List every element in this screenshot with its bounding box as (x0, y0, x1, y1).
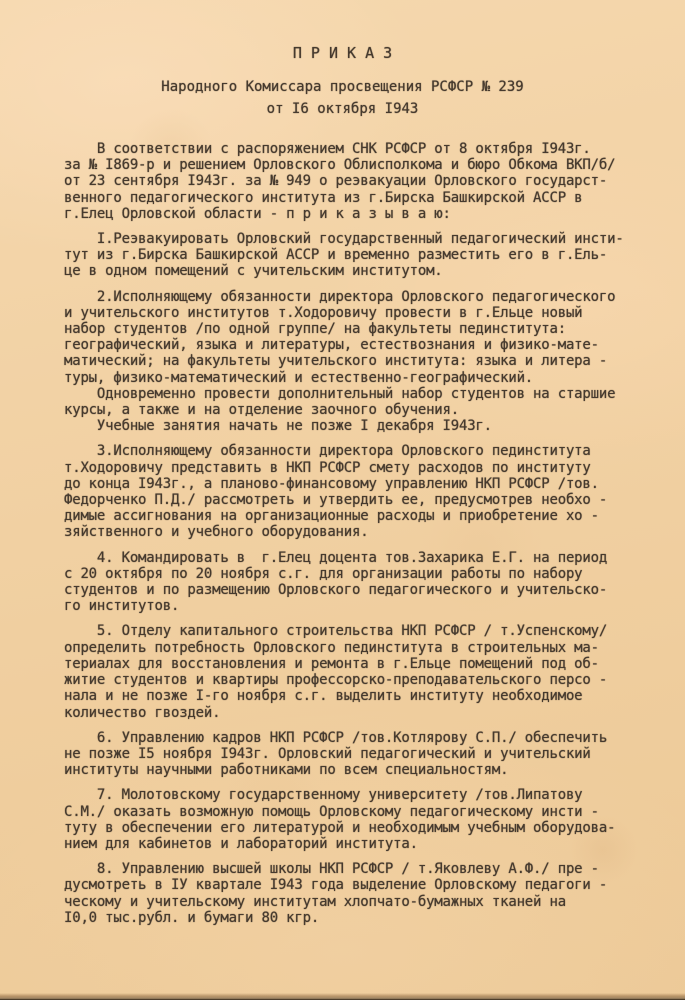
text-line: курсы, а также и на отделение заочного о… (64, 402, 664, 418)
text-line: 7. Молотовскому государственному универс… (64, 787, 664, 803)
text-line: матический; на факультеты учительского и… (64, 353, 664, 369)
text-line: г.Елец Орловской области - п р и к а з ы… (64, 206, 664, 222)
text-line: определить потребность Орловского пединс… (64, 640, 664, 656)
paragraph: 8. Управлению высшей школы НКП РСФСР / т… (64, 861, 664, 926)
text-line: I0,0 тыс.рубл. и бумаги 80 кгр. (64, 910, 664, 926)
text-line: го институтов. (64, 598, 664, 614)
text-line: димые ассигнования на организационные ра… (64, 508, 664, 524)
text-line: т.Ходоровичу представить в НКП РСФСР сме… (64, 460, 664, 476)
text-line: 6. Управлению кадров НКП РСФСР /тов.Котл… (64, 730, 664, 746)
document-date-line: от I6 октября I943 (0, 98, 685, 120)
text-line: 3.Исполняющему обязанности директора Орл… (64, 443, 664, 459)
text-line: венного педагогического института из г.Б… (64, 190, 664, 206)
text-line: це в одном помещений с учительским инсти… (64, 263, 664, 279)
text-line: с 20 октября по 20 ноября с.г. для орган… (64, 566, 664, 582)
text-line: и учительского институтов т.Ходоровичу п… (64, 305, 664, 321)
paragraph: 4. Командировать в г.Елец доцента тов.За… (64, 550, 664, 615)
paragraph: 7. Молотовскому государственному универс… (64, 787, 664, 852)
paragraph: В соответствии с распоряжением СНК РСФСР… (64, 141, 664, 222)
text-line: от 23 сентября I943г. за № 949 о реэваку… (64, 173, 664, 189)
document-order-line: Народного Комиссара просвещения РСФСР № … (0, 76, 685, 98)
text-line: Одновременно провести дополнительный наб… (64, 386, 664, 402)
text-line: I.Реэвакуировать Орловский государственн… (64, 231, 664, 247)
paragraph: 5. Отделу капитального строительства НКП… (64, 623, 664, 720)
text-line: нала и не позже I-го ноября с.г. выделит… (64, 688, 664, 704)
text-line: за № I869-р и решением Орловского Облисп… (64, 157, 664, 173)
text-line: до конца I943г., а планово-финансовому у… (64, 476, 664, 492)
text-line: Федорченко П.Д./ рассмотреть и утвердить… (64, 492, 664, 508)
text-line: 2.Исполняющему обязанности директора Орл… (64, 289, 664, 305)
text-line: студентов и по размещению Орловского пед… (64, 582, 664, 598)
document-body: В соответствии с распоряжением СНК РСФСР… (64, 141, 664, 935)
text-line: житие студентов и квартиры профессорско-… (64, 672, 664, 688)
text-line: 4. Командировать в г.Елец доцента тов.За… (64, 550, 664, 566)
text-line: тут из г.Бирска Башкирской АССР и времен… (64, 247, 664, 263)
text-line: ческому и учительскому институтам хлопча… (64, 894, 664, 910)
text-line: географический, языка и литературы, есте… (64, 337, 664, 353)
text-line: набор студентов /по одной группе/ на фак… (64, 321, 664, 337)
document-page: П Р И К А З Народного Комиссара просвеще… (0, 0, 685, 1000)
text-line: туту в обеспечении его литературой и нео… (64, 820, 664, 836)
document-header: П Р И К А З Народного Комиссара просвеще… (0, 0, 685, 120)
paragraph: I.Реэвакуировать Орловский государственн… (64, 231, 664, 280)
text-line: не позже I5 ноября I943г. Орловский педа… (64, 746, 664, 762)
text-line: институты научными работниками по всем с… (64, 762, 664, 778)
paragraph: 6. Управлению кадров НКП РСФСР /тов.Котл… (64, 730, 664, 779)
document-title: П Р И К А З (0, 44, 685, 62)
paragraph: 3.Исполняющему обязанности директора Орл… (64, 443, 664, 540)
text-line: зяйственного и учебного оборудования. (64, 524, 664, 540)
text-line: териалах для восстановления и ремонта в … (64, 656, 664, 672)
text-line: нием для кабинетов и лабораторий институ… (64, 836, 664, 852)
text-line: Учебные занятия начать не позже I декабр… (64, 418, 664, 434)
text-line: туры, физико-математический и естественн… (64, 370, 664, 386)
text-line: дусмотреть в IУ квартале I943 года выдел… (64, 877, 664, 893)
text-line: С.М./ оказать возможную помощь Орловском… (64, 804, 664, 820)
paragraph: 2.Исполняющему обязанности директора Орл… (64, 289, 664, 435)
text-line: 5. Отделу капитального строительства НКП… (64, 623, 664, 639)
text-line: В соответствии с распоряжением СНК РСФСР… (64, 141, 664, 157)
text-line: 8. Управлению высшей школы НКП РСФСР / т… (64, 861, 664, 877)
text-line: количество гвоздей. (64, 705, 664, 721)
